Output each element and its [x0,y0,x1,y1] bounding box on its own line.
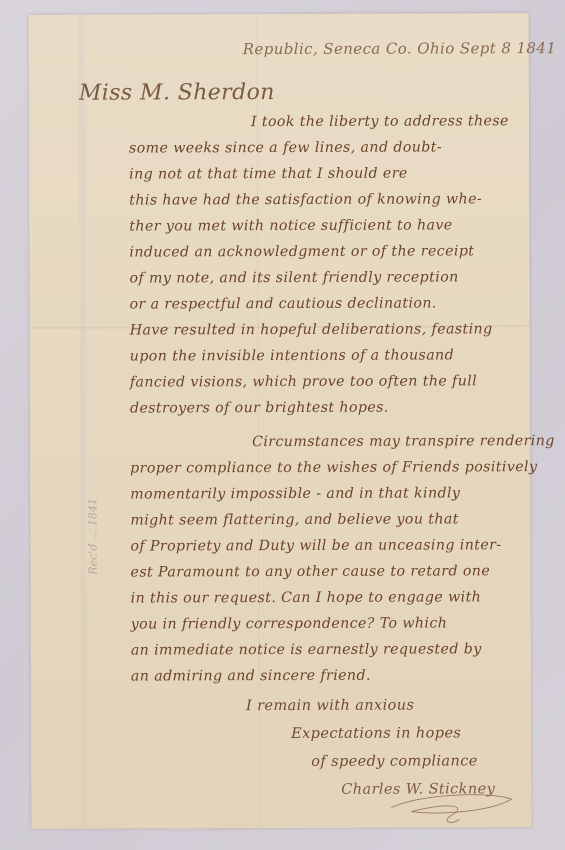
paper-fold-left [79,15,88,829]
letter-paper: Republic, Seneca Co. Ohio Sept 8 1841 Mi… [29,13,532,829]
letter-salutation: Miss M. Sherdon [79,80,275,106]
body-line: upon the invisible intentions of a thous… [130,347,454,364]
body-line: I took the liberty to address these [251,113,509,130]
body-line: est Paramount to any other cause to reta… [131,563,491,580]
body-line: or a respectful and cautious declination… [130,295,437,312]
closing-line: of speedy compliance [311,753,478,770]
body-line: might seem flattering, and believe you t… [130,511,459,528]
closing-line: Expectations in hopes [291,725,461,742]
margin-annotation: Rec'd ... 1841 [86,498,99,575]
signature-flourish-icon [381,789,521,829]
body-line: in this our request. Can I hope to engag… [131,589,482,606]
body-line: you in friendly correspondence? To which [131,615,448,632]
body-line: Circumstances may transpire rendering [252,433,555,450]
body-line: of Propriety and Duty will be an unceasi… [130,537,501,554]
body-line: momentarily impossible - and in that kin… [130,485,460,502]
body-line: proper compliance to the wishes of Frien… [130,459,537,476]
body-line: an admiring and sincere friend. [131,668,371,685]
body-line: ing not at that time that I should ere [129,166,408,183]
body-line: Have resulted in hopeful deliberations, … [130,321,493,338]
closing-line: I remain with anxious [246,698,414,715]
body-line: destroyers of our brightest hopes. [130,400,389,417]
body-line: induced an acknowledgment or of the rece… [129,243,474,260]
body-line: ther you met with notice sufficient to h… [129,217,452,234]
body-line: of my note, and its silent friendly rece… [129,269,458,286]
body-line: an immediate notice is earnestly request… [131,641,482,658]
letter-heading: Republic, Seneca Co. Ohio Sept 8 1841 [243,39,557,58]
body-line: some weeks since a few lines, and doubt- [129,139,442,156]
body-line: this have had the satisfaction of knowin… [129,191,482,208]
body-line: fancied visions, which prove too often t… [130,373,477,390]
